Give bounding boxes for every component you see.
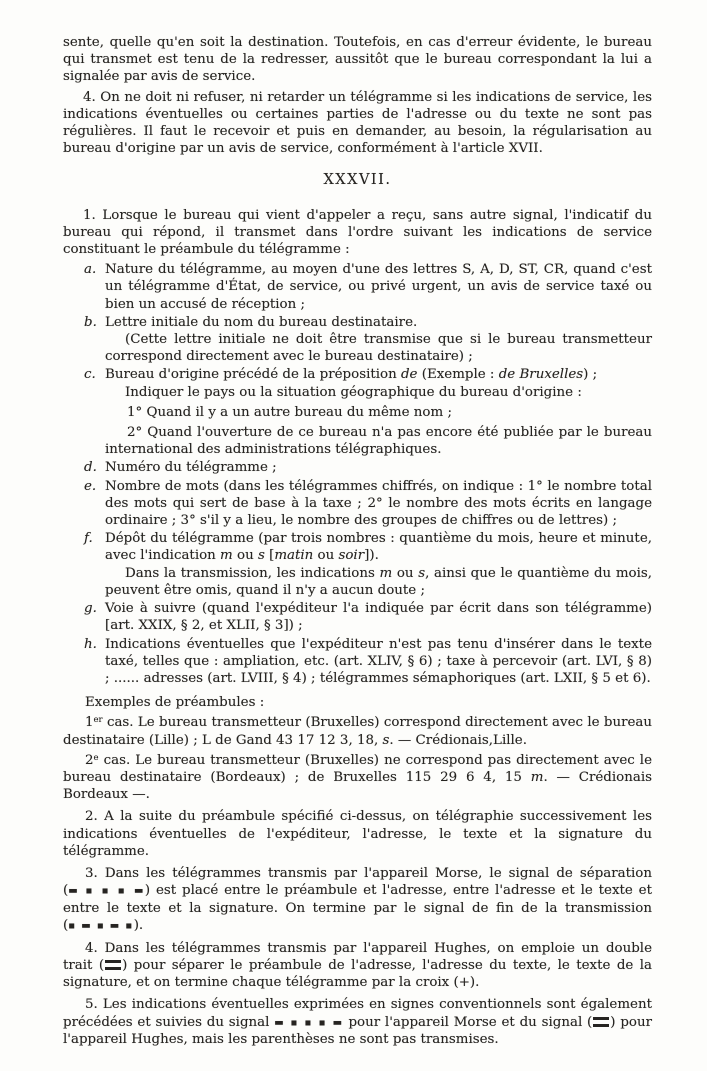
item-text-italic: soir xyxy=(339,548,365,563)
article-heading: XXXVII. xyxy=(63,172,652,189)
morse-separation-signal-icon: ▬ ▪ ▪ ▪ ▬ xyxy=(68,886,145,897)
item-marker-d: d. xyxy=(84,459,97,476)
example-case-1: 1er cas. Le bureau transmetteur (Bruxell… xyxy=(63,714,652,748)
item-text-italic: s xyxy=(258,548,265,563)
scanned-document-page: sente, quelle qu'en soit la destination.… xyxy=(0,0,707,1071)
item-text: ) ; xyxy=(583,367,597,382)
hughes-double-trait-icon xyxy=(593,1017,609,1027)
item-text: Nature du télégramme, au moyen d'une des… xyxy=(105,262,652,311)
item-marker-g: g. xyxy=(84,600,97,617)
case-number: 2 xyxy=(85,753,94,768)
paragraph-continuation: sente, quelle qu'en soit la destination.… xyxy=(63,34,652,86)
item-c-subitem-2: 2° Quand l'ouverture de ce bureau n'a pa… xyxy=(105,424,652,458)
item-text: Numéro du télégramme ; xyxy=(105,460,277,475)
case-ordinal-suffix: er xyxy=(94,715,103,725)
example-case-2: 2e cas. Le bureau transmetteur (Bruxelle… xyxy=(63,752,652,804)
item-b-note: (Cette lettre initiale ne doit être tran… xyxy=(105,331,652,365)
item-text-italic: de Bruxelles xyxy=(499,367,583,382)
note-text: Dans la transmission, les indications xyxy=(125,566,380,581)
item-f-note: Dans la transmission, les indications m … xyxy=(105,565,652,599)
list-item-d: d. Numéro du télégramme ; xyxy=(63,459,652,476)
item-text: Voie à suivre (quand l'expéditeur l'a in… xyxy=(105,601,652,633)
item-marker-a: a. xyxy=(84,261,96,278)
item-text: (Exemple : xyxy=(417,367,498,382)
morse-separation-signal-icon: ▬ ▪ ▪ ▪ ▬ xyxy=(274,1017,343,1028)
paragraph-3: 3. Dans les télégrammes transmis par l'a… xyxy=(63,865,652,935)
item-text: ]). xyxy=(364,548,379,563)
hughes-double-trait-icon xyxy=(105,960,121,970)
paragraph-text: ) pour séparer le préambule de l'adresse… xyxy=(63,958,652,990)
item-text-italic: de xyxy=(401,367,418,382)
paragraph-4-previous-article: 4. On ne doit ni refuser, ni retarder un… xyxy=(63,89,652,158)
item-text: Indications éventuelles que l'expéditeur… xyxy=(105,637,652,686)
paragraph-1: 1. Lorsque le bureau qui vient d'appeler… xyxy=(63,207,652,259)
paragraph-2: 2. A la suite du préambule spécifié ci-d… xyxy=(63,808,652,860)
paragraph-5: 5. Les indications éventuelles exprimées… xyxy=(63,996,652,1048)
item-text: ou xyxy=(233,548,258,563)
paragraph-text: ) est placé entre le préambule et l'adre… xyxy=(63,883,652,933)
case-number: 1 xyxy=(85,715,94,730)
item-text: Bureau d'origine précédé de la prépositi… xyxy=(105,367,401,382)
paragraph-4: 4. Dans les télégrammes transmis par l'a… xyxy=(63,940,652,992)
item-marker-b: b. xyxy=(84,314,97,331)
item-text-italic: matin xyxy=(274,548,313,563)
list-item-f: f. Dépôt du télégramme (par trois nombre… xyxy=(63,530,652,599)
item-text: Lettre initiale du nom du bureau destina… xyxy=(105,315,417,330)
item-marker-f: f. xyxy=(84,530,93,547)
item-c-subitem-1: 1° Quand il y a un autre bureau du même … xyxy=(105,404,652,421)
paragraph-text: ). xyxy=(134,918,143,933)
morse-end-of-transmission-signal-icon: ▪ ▬ ▪ ▬ ▪ xyxy=(68,921,133,932)
item-text: [ xyxy=(265,548,274,563)
list-item-c: c. Bureau d'origine précédé de la prépos… xyxy=(63,366,652,458)
paragraph-text: pour l'appareil Morse et du signal ( xyxy=(344,1015,593,1030)
list-item-h: h. Indications éventuelles que l'expédit… xyxy=(63,636,652,688)
case-text: . — Crédionais,Lille. xyxy=(389,733,527,748)
note-text-italic: m xyxy=(380,566,393,581)
item-text: Nombre de mots (dans les télégrammes chi… xyxy=(105,479,652,528)
item-marker-h: h. xyxy=(84,636,97,653)
item-marker-e: e. xyxy=(84,478,96,495)
item-c-subline: Indiquer le pays ou la situation géograp… xyxy=(105,384,652,401)
note-text: ou xyxy=(392,566,418,581)
item-marker-c: c. xyxy=(84,366,96,383)
item-text: ou xyxy=(313,548,338,563)
list-item-e: e. Nombre de mots (dans les télégrammes … xyxy=(63,478,652,530)
case-text: cas. Le bureau transmetteur (Bruxelles) … xyxy=(63,715,652,747)
list-item-b: b. Lettre initiale du nom du bureau dest… xyxy=(63,314,652,366)
examples-label: Exemples de préambules : xyxy=(63,694,652,711)
list-item-g: g. Voie à suivre (quand l'expéditeur l'a… xyxy=(63,600,652,634)
list-item-a: a. Nature du télégramme, au moyen d'une … xyxy=(63,261,652,313)
item-text-italic: m xyxy=(220,548,233,563)
case-text-italic: m xyxy=(531,770,544,785)
